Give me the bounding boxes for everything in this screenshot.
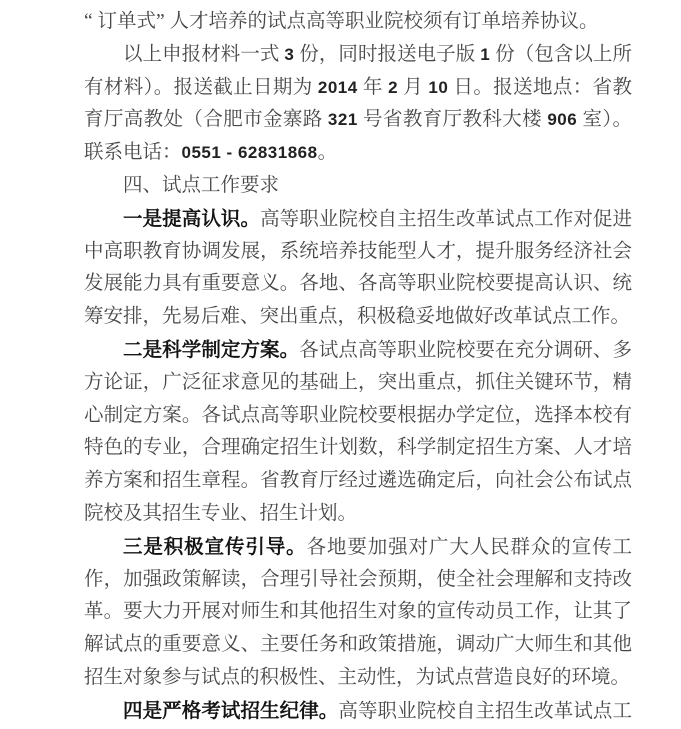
text-run: 高等职业院校自主招生改革试点工作对促进 (260, 209, 632, 230)
bold-text-run: 一是提高认识。 (123, 208, 260, 230)
bold-text-run: 二是科学制定方案。 (123, 339, 299, 361)
text-line: 革。要大力开展对师生和其他招生对象的宣传动员工作，让其了 (84, 596, 632, 629)
text-run: 中高职教育协调发展，系统培养技能型人才，提升服务经济社会 (84, 241, 632, 262)
text-run: 心制定方案。各试点高等职业院校要根据办学定位，选择本校有 (84, 405, 632, 426)
text-line: 四、试点工作要求 (84, 170, 632, 203)
numeric-text: 0551 - 62831868 (182, 143, 318, 162)
text-run: 高等职业院校自主招生改革试点工 (338, 701, 632, 722)
bold-text-run: 四是严格考试招生纪律。 (123, 700, 338, 722)
text-line: 联系电话：0551 - 62831868。 (84, 137, 632, 170)
text-line: 筹安排，先易后难、突出重点，积极稳妥地做好改革试点工作。 (84, 301, 632, 334)
text-run: 招生对象参与试点的积极性、主动性，为试点营造良好的环境。 (84, 667, 630, 688)
text-run: 有材料）。报送截止日期为 2014 年 2 月 10 日。报送地点：省教 (84, 77, 632, 98)
text-line: 四是严格考试招生纪律。高等职业院校自主招生改革试点工 (84, 695, 632, 728)
bold-text-run: 三是积极宣传引导。 (123, 536, 307, 558)
numeric-text: 10 (428, 78, 448, 97)
text-run: 联系电话：0551 - 62831868。 (84, 142, 337, 163)
text-line: 一是提高认识。高等职业院校自主招生改革试点工作对促进 (84, 203, 632, 236)
text-run: 方论证，广泛征求意见的基础上，突出重点，抓住关键环节，精 (84, 372, 632, 393)
text-line: 有材料）。报送截止日期为 2014 年 2 月 10 日。报送地点：省教 (84, 72, 632, 105)
numeric-text: 906 (547, 110, 577, 129)
text-run: 养方案和招生章程。省教育厅经过遴选确定后，向社会公布试点 (84, 470, 632, 491)
text-line: 招生对象参与试点的积极性、主动性，为试点营造良好的环境。 (84, 662, 632, 695)
text-line: 院校及其招生专业、招生计划。 (84, 498, 632, 531)
document-page: “ 订单式” 人才培养的试点高等职业院校须有订单培养协议。以上申报材料一式 3 … (0, 0, 681, 729)
text-line: 解试点的重要意义、主要任务和政策措施，调动广大师生和其他 (84, 629, 632, 662)
text-line: 发展能力具有重要意义。各地、各高等职业院校要提高认识、统 (84, 268, 632, 301)
text-line: “ 订单式” 人才培养的试点高等职业院校须有订单培养协议。 (84, 6, 632, 39)
document-body: “ 订单式” 人才培养的试点高等职业院校须有订单培养协议。以上申报材料一式 3 … (84, 6, 632, 728)
text-run: 四、试点工作要求 (123, 175, 279, 196)
numeric-text: 1 (480, 45, 490, 64)
text-line: 中高职教育协调发展，系统培养技能型人才，提升服务经济社会 (84, 236, 632, 269)
text-line: 方论证，广泛征求意见的基础上，突出重点，抓住关键环节，精 (84, 367, 632, 400)
text-line: 特色的专业，合理确定招生计划数，科学制定招生方案、人才培 (84, 432, 632, 465)
text-run: 育厅高教处（合肥市金寨路 321 号省教育厅教科大楼 906 室）。 (84, 109, 632, 130)
text-run: 院校及其招生专业、招生计划。 (84, 503, 357, 524)
numeric-text: 3 (284, 45, 294, 64)
text-line: 二是科学制定方案。各试点高等职业院校要在充分调研、多 (84, 334, 632, 367)
text-line: 三是积极宣传引导。各地要加强对广大人民群众的宣传工 (84, 531, 632, 564)
text-run: 各地要加强对广大人民群众的宣传工 (307, 537, 632, 558)
text-run: 以上申报材料一式 3 份，同时报送电子版 1 份（包含以上所 (123, 44, 632, 65)
text-run: 革。要大力开展对师生和其他招生对象的宣传动员工作，让其了 (84, 601, 632, 622)
numeric-text: 321 (328, 110, 358, 129)
text-line: 育厅高教处（合肥市金寨路 321 号省教育厅教科大楼 906 室）。 (84, 104, 632, 137)
numeric-text: 2 (388, 78, 398, 97)
numeric-text: 2014 (318, 78, 358, 97)
text-run: 筹安排，先易后难、突出重点，积极稳妥地做好改革试点工作。 (84, 306, 630, 327)
text-line: 养方案和招生章程。省教育厅经过遴选确定后，向社会公布试点 (84, 465, 632, 498)
text-line: 以上申报材料一式 3 份，同时报送电子版 1 份（包含以上所 (84, 39, 632, 72)
text-run: 发展能力具有重要意义。各地、各高等职业院校要提高认识、统 (84, 273, 632, 294)
text-run: 特色的专业，合理确定招生计划数，科学制定招生方案、人才培 (84, 437, 632, 458)
text-run: 各试点高等职业院校要在充分调研、多 (299, 340, 632, 361)
text-line: 作，加强政策解读，合理引导社会预期，使全社会理解和支持改 (84, 564, 632, 597)
text-run: 作，加强政策解读，合理引导社会预期，使全社会理解和支持改 (84, 569, 632, 590)
text-line: 心制定方案。各试点高等职业院校要根据办学定位，选择本校有 (84, 400, 632, 433)
text-run: 解试点的重要意义、主要任务和政策措施，调动广大师生和其他 (84, 634, 632, 655)
text-run: “ 订单式” 人才培养的试点高等职业院校须有订单培养协议。 (84, 11, 599, 32)
